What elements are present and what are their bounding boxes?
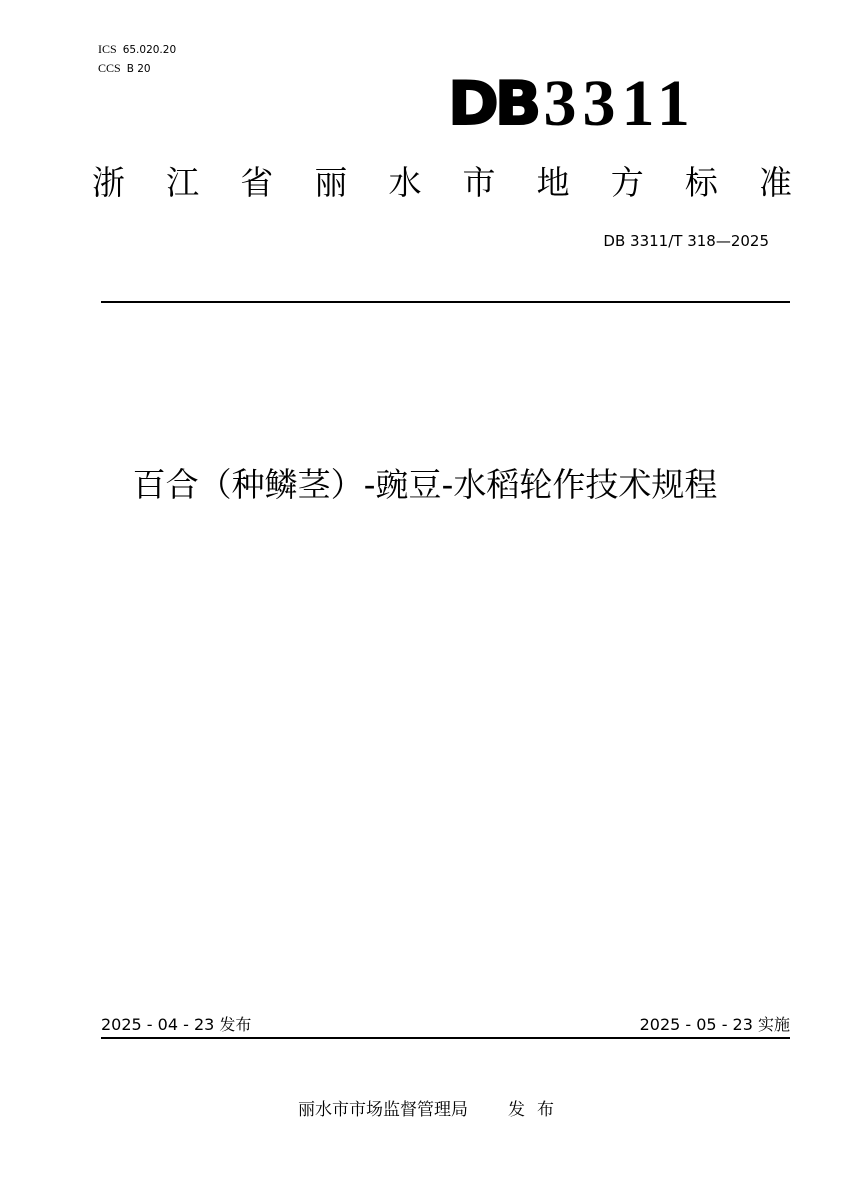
standard-mark-code: 3311 [544,74,696,134]
standard-kind-char: 江 [166,163,199,203]
standard-kind-char: 丽 [314,163,347,203]
issue-date: 2025 - 04 - 23 发布 [101,1015,251,1035]
ics-value: 65.020.20 [123,44,176,56]
standard-mark-prefix: DB [448,74,537,134]
ccs-classification: CCSB 20 [98,61,151,76]
standard-mark-logo: DB 3311 [448,72,696,134]
ccs-value: B 20 [127,63,151,75]
standard-kind-char: 市 [463,163,496,203]
standard-kind-char: 省 [240,163,273,203]
standard-kind-char: 浙 [92,163,125,203]
header-divider [101,301,790,303]
standard-kind-heading: 浙 江 省 丽 水 市 地 方 标 准 [92,163,792,203]
standard-number: DB 3311/T 318—2025 [603,231,769,251]
publisher-action: 发布 [508,1100,566,1120]
footer-divider [101,1037,790,1039]
ics-label: ICS [98,42,117,56]
publisher-line: 丽水市市场监督管理局发布 [7,1099,850,1121]
standard-kind-char: 标 [685,163,718,203]
ics-classification: ICS65.020.20 [98,42,176,57]
document-title: 百合（种鳞茎）-豌豆-水稻轮作技术规程 [0,463,850,507]
publisher-name: 丽水市市场监督管理局 [298,1100,468,1120]
implementation-date: 2025 - 05 - 23 实施 [640,1015,790,1035]
ccs-label: CCS [98,61,121,75]
standard-kind-char: 地 [537,163,570,203]
standard-kind-char: 准 [759,163,792,203]
standard-kind-char: 方 [611,163,644,203]
standard-kind-char: 水 [388,163,421,203]
